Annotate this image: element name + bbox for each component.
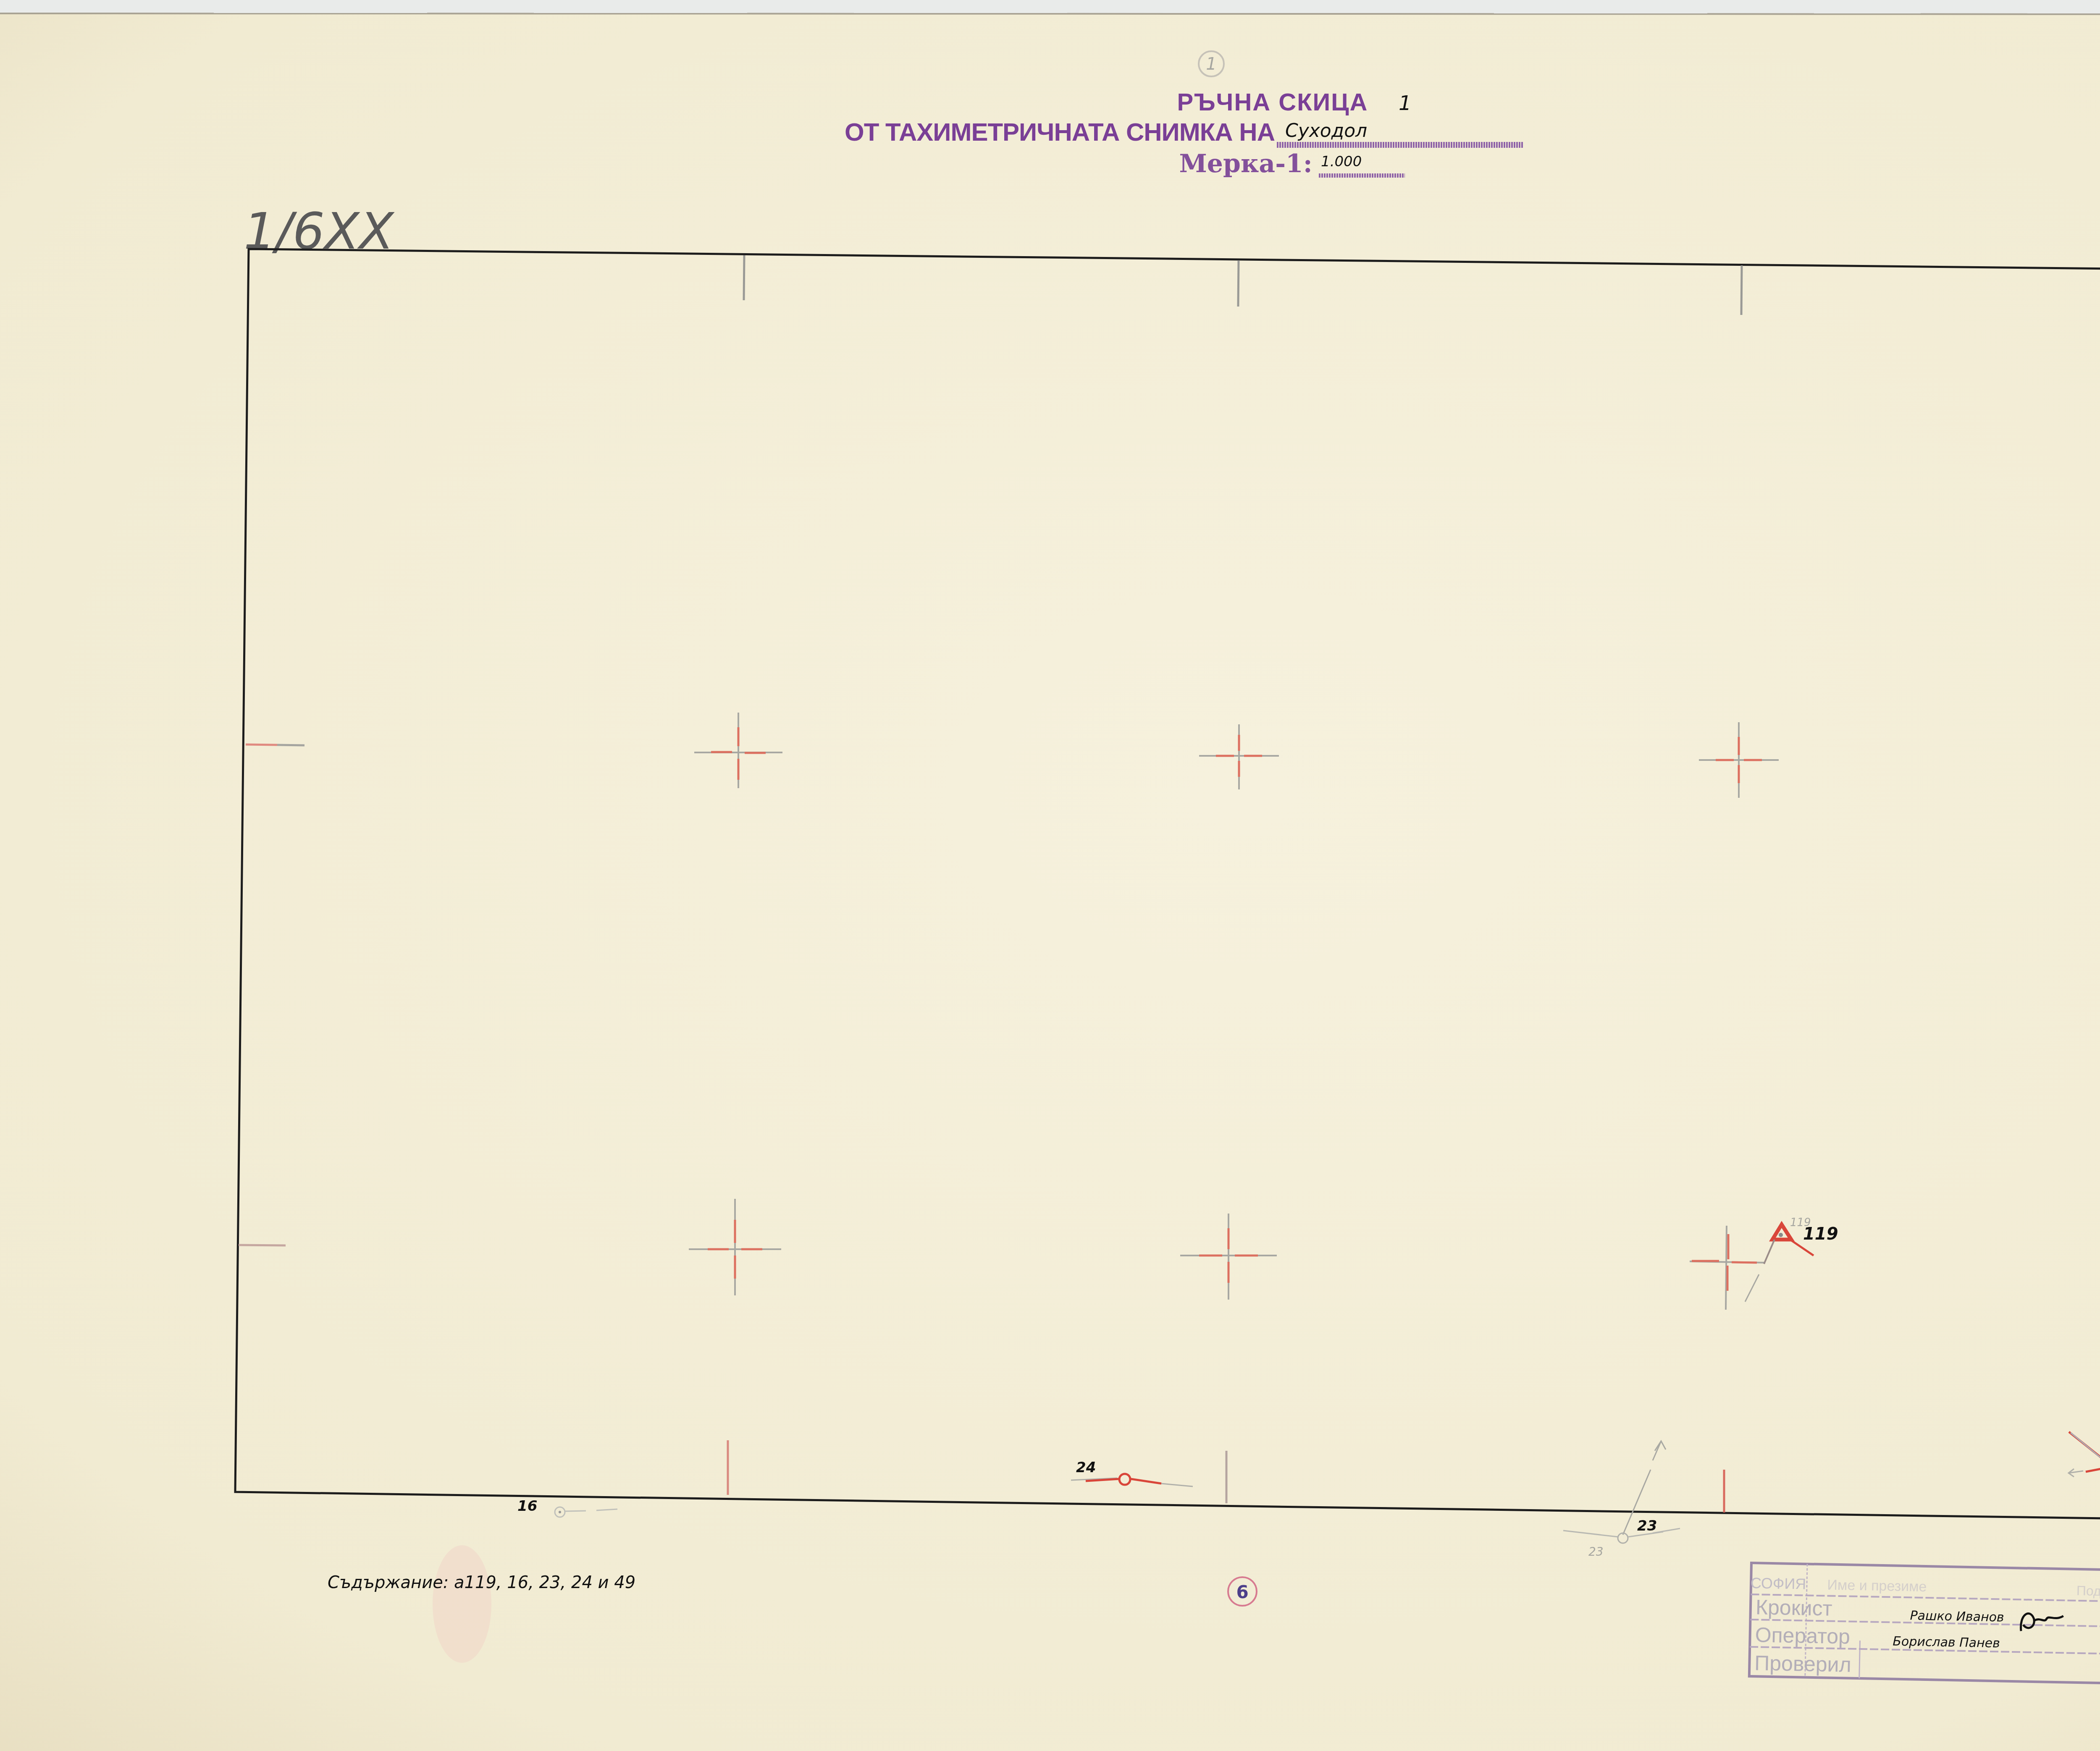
title-line-2: ОТ ТАХИМЕТРИЧНАТА СНИМКА НА: [845, 118, 1275, 146]
scale-label: Мерка-1:: [1179, 149, 1312, 178]
contents-note: Съдържание: а119, 16, 23, 24 и 49: [328, 1573, 635, 1592]
paper-edge-top: [0, 13, 2100, 14]
title-block-header-name: Име и презиме: [1827, 1577, 1927, 1595]
survey-sheet: 1 РЪЧНА СКИЦА 1 ОТ ТАХИМЕТРИЧНАТА СНИМКА…: [0, 0, 2100, 1751]
sheet-number: 1/6XX: [244, 202, 395, 261]
paper: [0, 13, 2100, 1751]
point-center-icon: [1779, 1233, 1783, 1237]
point-label-23: 23: [1637, 1518, 1657, 1534]
point-pencil-label-23: 23: [1588, 1545, 1604, 1559]
location-name: Суходол: [1285, 120, 1367, 142]
point-label-24: 24: [1076, 1459, 1096, 1476]
margin-mark-bottom-text: 6: [1236, 1582, 1248, 1602]
title-block-role-2: Оператор: [1755, 1623, 1850, 1648]
red-stain: [433, 1545, 491, 1663]
title-number: 1: [1399, 92, 1412, 115]
title-block-header-signature: Подпис: [2076, 1583, 2100, 1599]
circled-page-number-text: 1: [1206, 55, 1216, 74]
title-block-name-2: Борислав Панев: [1893, 1634, 2000, 1651]
title-block-name-1: Рашко Иванов: [1910, 1608, 2004, 1625]
title-line-1: РЪЧНА СКИЦА: [1177, 89, 1368, 116]
title-block-header-city: СОФИЯ: [1750, 1574, 1806, 1593]
point-label-16: 16: [517, 1498, 537, 1515]
point-pencil-label-119: 119: [1790, 1216, 1811, 1229]
scale-value: 1.000: [1321, 153, 1362, 170]
title-block-role-3: Проверил: [1754, 1651, 1851, 1676]
title-block-role-1: Крокист: [1755, 1595, 1832, 1620]
